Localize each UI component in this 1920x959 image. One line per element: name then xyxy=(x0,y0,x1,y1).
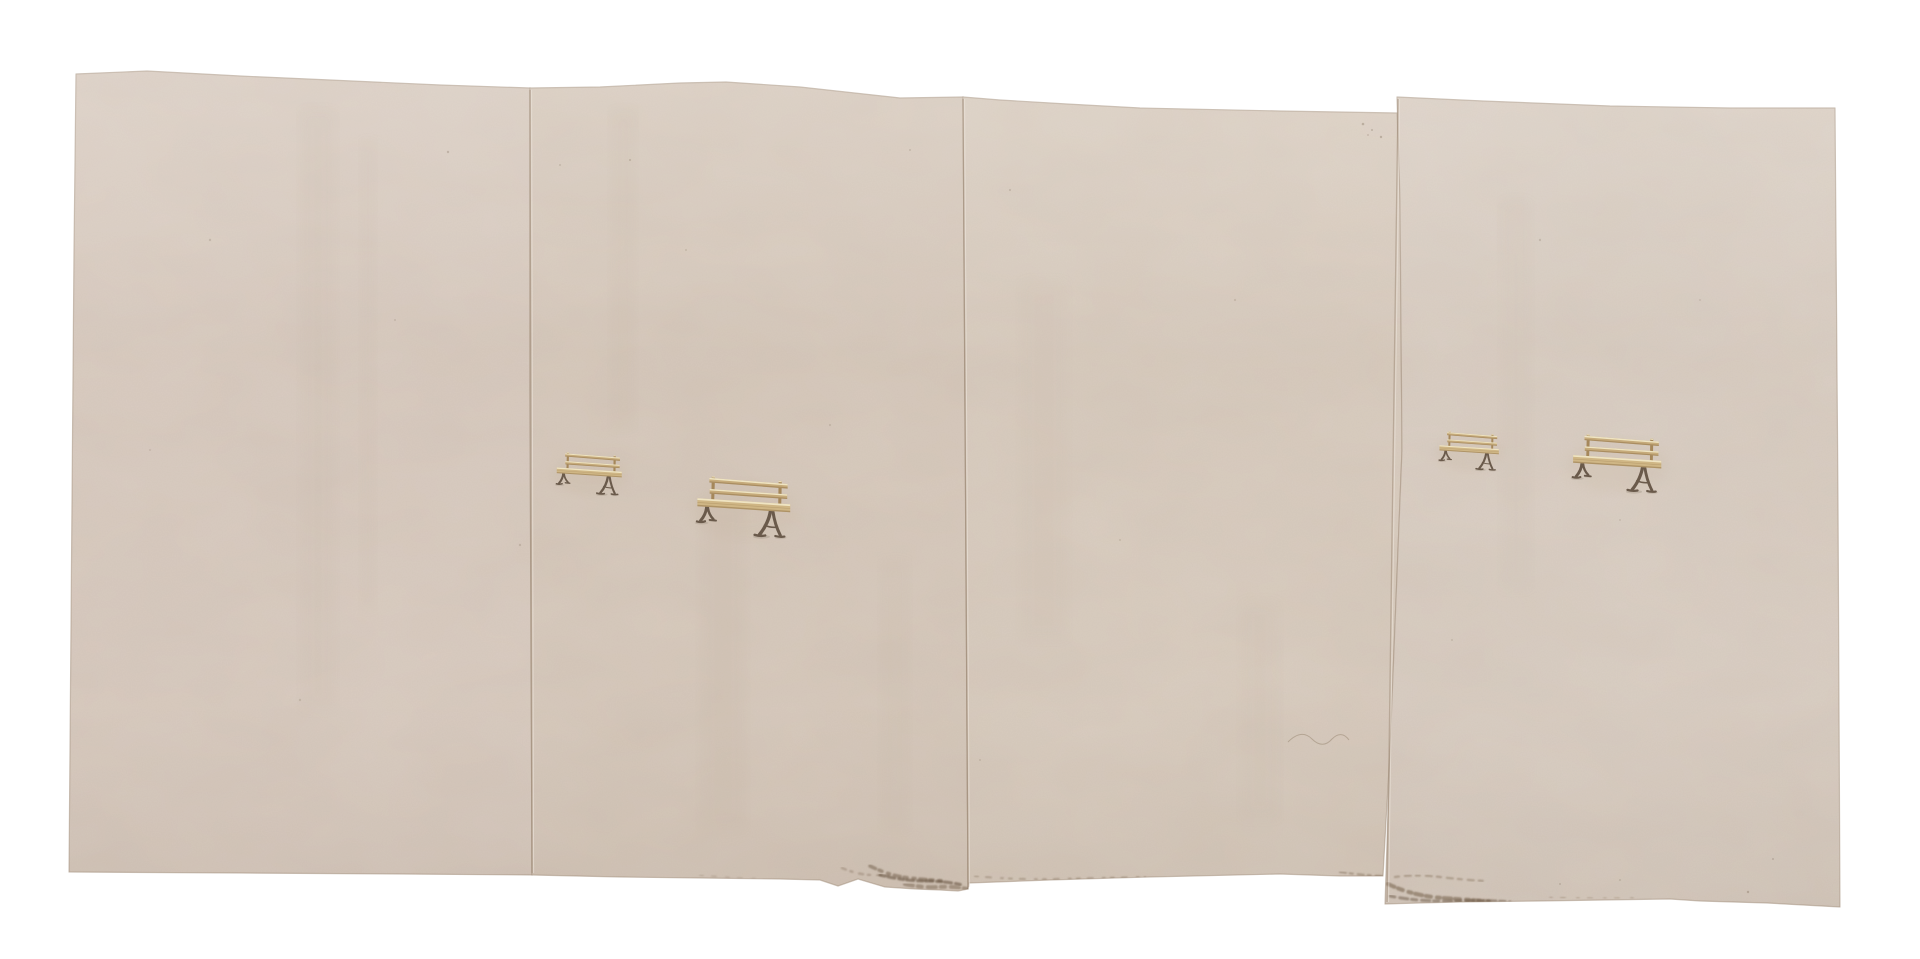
paper-speck xyxy=(1699,299,1701,301)
paper-speck xyxy=(1539,239,1541,241)
paper-speck xyxy=(149,449,151,451)
paper-speck xyxy=(519,544,521,546)
paper-speck xyxy=(1362,123,1365,126)
paper-speck xyxy=(209,239,211,241)
water-streak xyxy=(1020,280,1068,640)
paper-speck xyxy=(1619,519,1621,521)
paper-speck xyxy=(629,159,631,161)
paper-speck xyxy=(394,319,396,321)
water-streak xyxy=(1240,600,1280,820)
paper-speck xyxy=(1234,299,1236,301)
paper-speck xyxy=(1371,129,1373,131)
paper-speck xyxy=(1119,539,1121,541)
paper-speck xyxy=(1380,136,1382,138)
paper-speck xyxy=(1772,858,1774,860)
water-streak xyxy=(300,110,336,710)
water-streak xyxy=(880,560,910,830)
paper-speck xyxy=(1367,134,1369,136)
artwork-photo xyxy=(0,0,1920,959)
paper-speck xyxy=(559,164,561,166)
paper-speck xyxy=(829,424,831,426)
paper-speck xyxy=(1619,879,1621,881)
artwork-svg xyxy=(0,0,1920,959)
paper-speck xyxy=(447,151,449,153)
paper-speck xyxy=(979,759,981,761)
paper-speck xyxy=(299,699,301,701)
paper-speck xyxy=(685,249,687,251)
paper-speck xyxy=(909,149,911,151)
water-streak xyxy=(610,110,636,430)
paper-speck xyxy=(1559,883,1561,885)
water-streak xyxy=(700,500,746,830)
paper-speck xyxy=(1451,639,1453,641)
paper-speck xyxy=(1747,891,1749,893)
water-streak xyxy=(1500,200,1532,590)
paper-speck xyxy=(1009,189,1011,191)
water-streak xyxy=(360,140,376,610)
